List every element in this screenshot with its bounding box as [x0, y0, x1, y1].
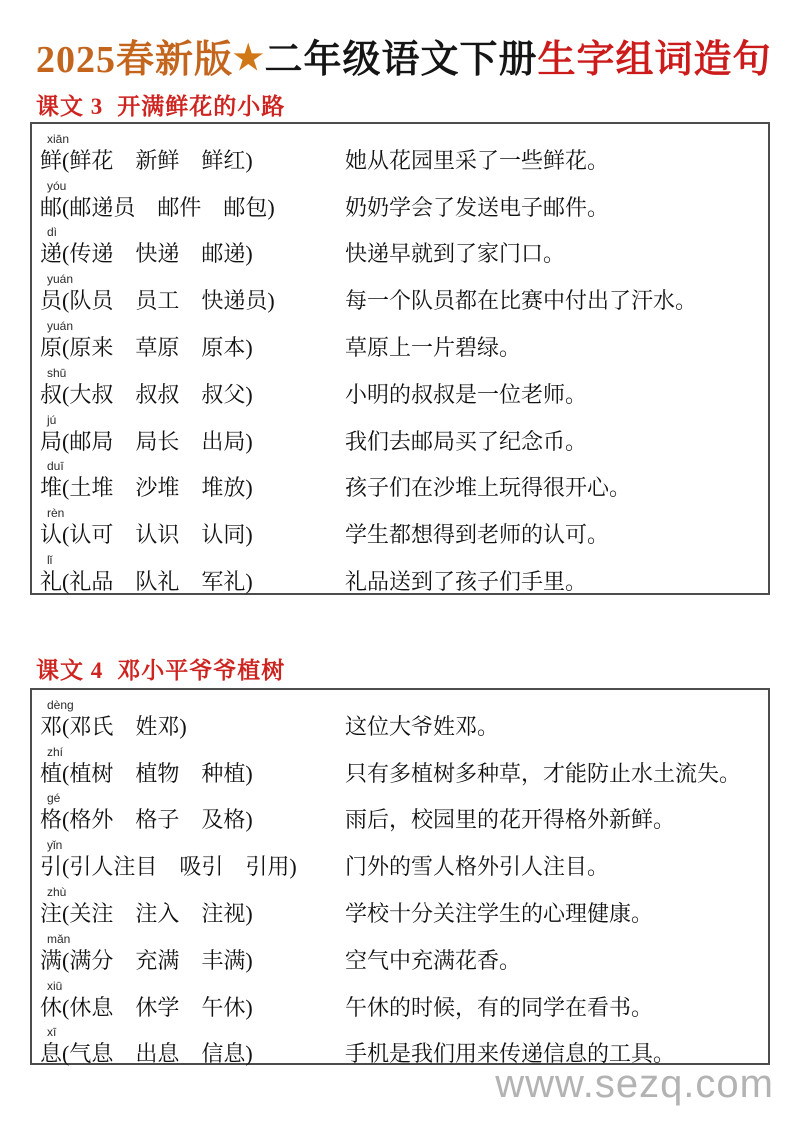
- pinyin-annotation: yuán: [40, 319, 345, 334]
- pinyin-annotation: yóu: [40, 179, 345, 194]
- pinyin-annotation: yǐn: [40, 838, 345, 853]
- entry-row: lǐ礼(礼品 队礼 军礼) 礼品送到了孩子们手里。: [40, 548, 768, 595]
- pinyin-annotation: duī: [40, 459, 345, 474]
- character-words: 邓(邓氏 姓邓): [40, 713, 345, 740]
- pinyin-annotation: xī: [40, 1025, 345, 1040]
- lesson-number: 课文 4: [36, 658, 103, 683]
- character-words: 植(植树 植物 种植): [40, 760, 345, 787]
- example-sentence: 奶奶学会了发送电子邮件。: [345, 194, 768, 221]
- character-words: 格(格外 格子 及格): [40, 806, 345, 833]
- example-sentence: 我们去邮局买了纪念币。: [345, 428, 768, 455]
- section-header-lesson3: 课文 3开满鲜花的小路: [36, 88, 285, 121]
- entry-row: yuán原(原来 草原 原本) 草原上一片碧绿。: [40, 314, 768, 361]
- pinyin-annotation: gé: [40, 791, 345, 806]
- character-words: 鲜(鲜花 新鲜 鲜红): [40, 147, 345, 174]
- example-sentence: 礼品送到了孩子们手里。: [345, 568, 768, 595]
- example-sentence: 这位大爷姓邓。: [345, 713, 768, 740]
- pinyin-annotation: jú: [40, 413, 345, 428]
- lesson-title: 开满鲜花的小路: [117, 94, 285, 119]
- entry-row: dèng邓(邓氏 姓邓) 这位大爷姓邓。: [40, 693, 768, 740]
- entry-row: yǐn引(引人注目 吸引 引用) 门外的雪人格外引人注目。: [40, 833, 768, 880]
- example-sentence: 学生都想得到老师的认可。: [345, 521, 768, 548]
- character-words: 堆(土堆 沙堆 堆放): [40, 474, 345, 501]
- pinyin-annotation: yuán: [40, 272, 345, 287]
- character-words: 原(原来 草原 原本): [40, 334, 345, 361]
- entry-row: yuán员(队员 员工 快递员) 每一个队员都在比赛中付出了汗水。: [40, 267, 768, 314]
- entry-row: dì递(传递 快递 邮递) 快递早就到了家门口。: [40, 221, 768, 268]
- section-header-lesson4: 课文 4邓小平爷爷植树: [36, 652, 285, 685]
- entry-row: xiān鲜(鲜花 新鲜 鲜红) 她从花园里采了一些鲜花。: [40, 127, 768, 174]
- lesson3-table: xiān鲜(鲜花 新鲜 鲜红) 她从花园里采了一些鲜花。 yóu邮(邮递员 邮件…: [30, 122, 770, 595]
- example-sentence: 学校十分关注学生的心理健康。: [345, 900, 768, 927]
- lesson4-table: dèng邓(邓氏 姓邓) 这位大爷姓邓。 zhí植(植树 植物 种植) 只有多植…: [30, 688, 770, 1065]
- pinyin-annotation: xiū: [40, 979, 345, 994]
- character-words: 叔(大叔 叔叔 叔父): [40, 381, 345, 408]
- title-grade: 二年级语文下册: [265, 39, 538, 81]
- example-sentence: 小明的叔叔是一位老师。: [345, 381, 768, 408]
- page-title: 2025春新版★二年级语文下册生字组词造句: [36, 28, 772, 83]
- entry-row: mǎn满(满分 充满 丰满) 空气中充满花香。: [40, 927, 768, 974]
- character-words: 休(休息 休学 午休): [40, 994, 345, 1021]
- pinyin-annotation: zhù: [40, 885, 345, 900]
- character-words: 礼(礼品 队礼 军礼): [40, 568, 345, 595]
- example-sentence: 草原上一片碧绿。: [345, 334, 768, 361]
- character-words: 满(满分 充满 丰满): [40, 947, 345, 974]
- watermark: www.sezq.com: [495, 1062, 774, 1107]
- lesson-title: 邓小平爷爷植树: [117, 658, 285, 683]
- example-sentence: 只有多植树多种草，才能防止水土流失。: [345, 760, 768, 787]
- pinyin-annotation: dì: [40, 225, 345, 240]
- character-words: 局(邮局 局长 出局): [40, 428, 345, 455]
- example-sentence: 孩子们在沙堆上玩得很开心。: [345, 474, 768, 501]
- character-words: 注(关注 注入 注视): [40, 900, 345, 927]
- character-words: 认(认可 认识 认同): [40, 521, 345, 548]
- pinyin-annotation: rèn: [40, 506, 345, 521]
- entry-row: jú局(邮局 局长 出局) 我们去邮局买了纪念币。: [40, 408, 768, 455]
- character-words: 员(队员 员工 快递员): [40, 287, 345, 314]
- entry-row: xiū休(休息 休学 午休) 午休的时候，有的同学在看书。: [40, 974, 768, 1021]
- title-edition: 2025春新版: [36, 39, 233, 81]
- example-sentence: 门外的雪人格外引人注目。: [345, 853, 768, 880]
- title-topic: 生字组词造句: [538, 39, 772, 81]
- pinyin-annotation: mǎn: [40, 932, 345, 947]
- example-sentence: 空气中充满花香。: [345, 947, 768, 974]
- character-words: 引(引人注目 吸引 引用): [40, 853, 345, 880]
- pinyin-annotation: zhí: [40, 745, 345, 760]
- example-sentence: 她从花园里采了一些鲜花。: [345, 147, 768, 174]
- pinyin-annotation: xiān: [40, 132, 345, 147]
- example-sentence: 每一个队员都在比赛中付出了汗水。: [345, 287, 768, 314]
- pinyin-annotation: lǐ: [40, 553, 345, 568]
- entry-row: xī息(气息 出息 信息) 手机是我们用来传递信息的工具。: [40, 1021, 768, 1068]
- entry-row: yóu邮(邮递员 邮件 邮包) 奶奶学会了发送电子邮件。: [40, 174, 768, 221]
- lesson-number: 课文 3: [36, 94, 103, 119]
- entry-row: shū叔(大叔 叔叔 叔父) 小明的叔叔是一位老师。: [40, 361, 768, 408]
- worksheet-page: 2025春新版★二年级语文下册生字组词造句 课文 3开满鲜花的小路 xiān鲜(…: [0, 0, 800, 1131]
- character-words: 递(传递 快递 邮递): [40, 240, 345, 267]
- pinyin-annotation: shū: [40, 366, 345, 381]
- character-words: 息(气息 出息 信息): [40, 1040, 345, 1067]
- entry-row: gé格(格外 格子 及格) 雨后，校园里的花开得格外新鲜。: [40, 787, 768, 834]
- entry-row: zhù注(关注 注入 注视) 学校十分关注学生的心理健康。: [40, 880, 768, 927]
- character-words: 邮(邮递员 邮件 邮包): [40, 194, 345, 221]
- star-icon: ★: [233, 40, 264, 77]
- entry-row: zhí植(植树 植物 种植) 只有多植树多种草，才能防止水土流失。: [40, 740, 768, 787]
- example-sentence: 午休的时候，有的同学在看书。: [345, 994, 768, 1021]
- example-sentence: 快递早就到了家门口。: [345, 240, 768, 267]
- entry-row: rèn认(认可 认识 认同) 学生都想得到老师的认可。: [40, 501, 768, 548]
- entry-row: duī堆(土堆 沙堆 堆放) 孩子们在沙堆上玩得很开心。: [40, 455, 768, 502]
- example-sentence: 雨后，校园里的花开得格外新鲜。: [345, 806, 768, 833]
- pinyin-annotation: dèng: [40, 698, 345, 713]
